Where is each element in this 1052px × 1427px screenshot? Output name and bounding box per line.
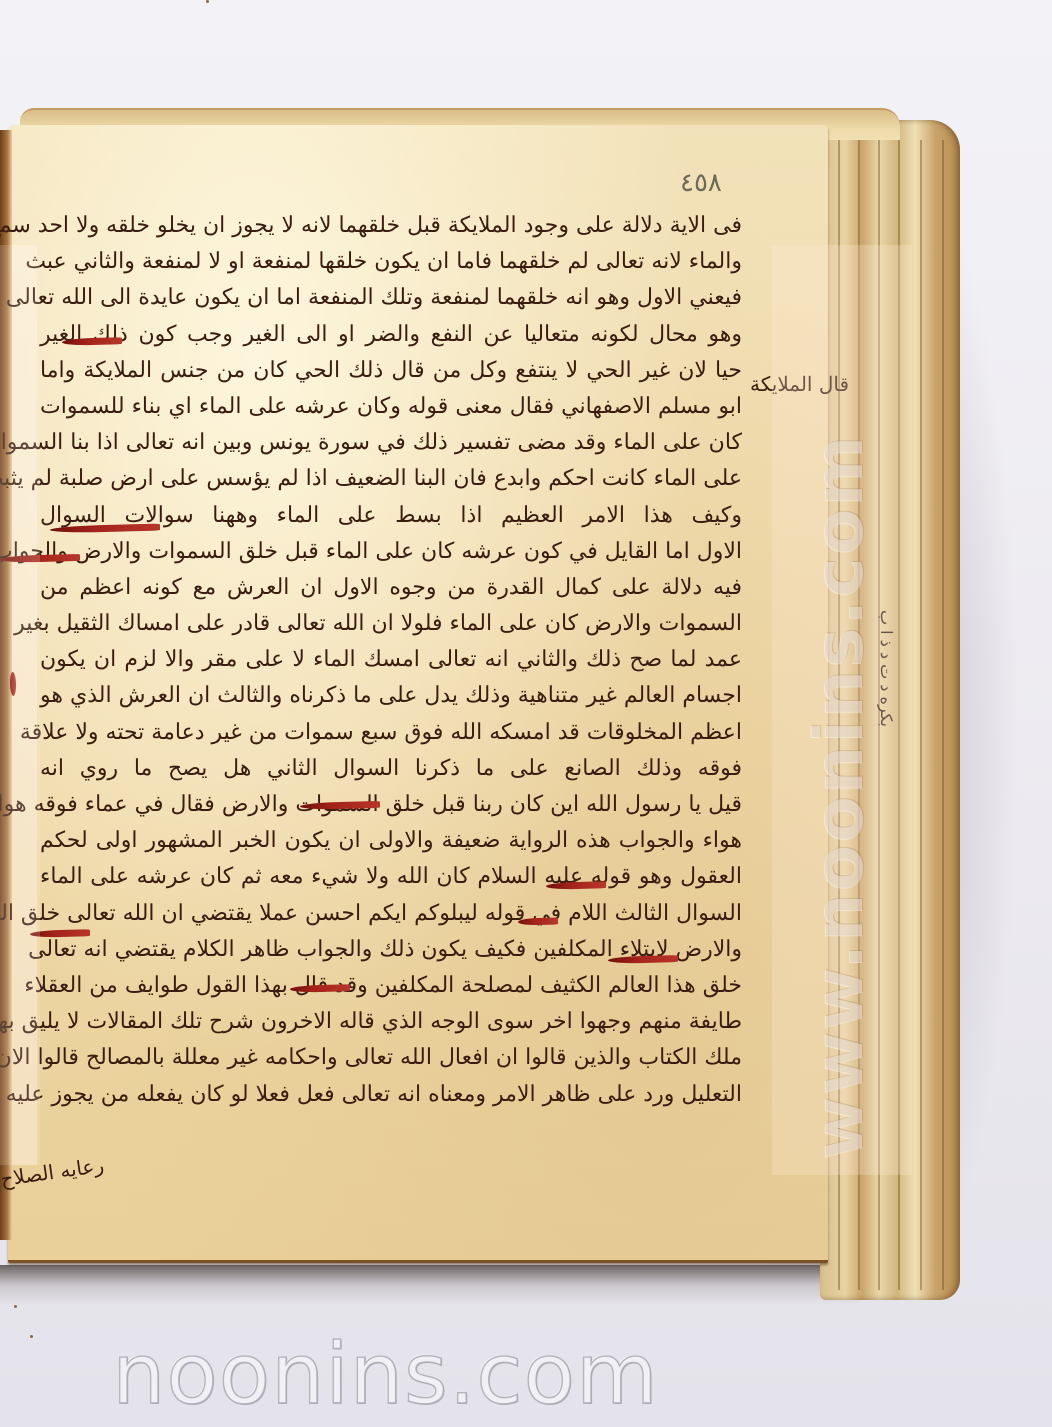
text-line: السموات والارض كان على الماء فلولا ان ال… (40, 606, 742, 642)
text-line: اعظم المخلوقات قد امسكه الله فوق سبع سمو… (40, 715, 742, 751)
text-line: قيل يا رسول الله اين كان ربنا قبل خلق ال… (40, 787, 742, 823)
text-line: العقول وهو قوله عليه السلام كان الله ولا… (40, 859, 742, 895)
text-line: فيعني الاول وهو انه خلقهما لمنفعة وتلك ا… (40, 280, 742, 316)
dust-speck (14, 1305, 17, 1308)
text-line: والماء لانه تعالى لم خلقهما فاما ان يكون… (40, 244, 742, 280)
text-line: حيا لان غير الحي لا ينتفع وكل من قال ذلك… (40, 353, 742, 389)
main-text-block: فى الاية دلالة على وجود الملايكة قبل خلق… (40, 208, 742, 1113)
text-line: عمد لما صح ذلك والثاني انه تعالى امسك ال… (40, 642, 742, 678)
text-line: وهو محال لكونه متعاليا عن النفع والضر او… (40, 317, 742, 353)
rubric-stroke (518, 917, 558, 925)
folio-number: ٤٥٨ (680, 168, 722, 198)
watermark-bottom-text: noonins.com (112, 1325, 659, 1423)
text-line: الاول اما القايل في كون عرشه كان على الم… (40, 534, 742, 570)
text-line: على الماء كانت احكم وابدع فان البنا الضع… (40, 461, 742, 497)
text-line: فوقه وذلك الصانع على ما ذكرنا السوال الث… (40, 751, 742, 787)
text-line: كان على الماء وقد مضى تفسير ذلك في سورة … (40, 425, 742, 461)
dust-speck (30, 1335, 33, 1338)
text-line: فيه دلالة على كمال القدرة من وجوه الاول … (40, 570, 742, 606)
text-line: فى الاية دلالة على وجود الملايكة قبل خلق… (40, 208, 742, 244)
text-line: ابو مسلم الاصفهاني فقال معنى قوله وكان ع… (40, 389, 742, 425)
book-shadow-bottom (0, 1265, 860, 1305)
text-line: التعليل ورد على ظاهر الامر ومعناه انه تع… (40, 1077, 742, 1113)
text-line: ملك الكتاب والذين قالوا ان افعال الله تع… (40, 1040, 742, 1076)
watermark-vertical-text: www.noonins.com (800, 434, 879, 1160)
text-line: طايفة منهم وجهوا اخر سوى الوجه الذي قاله… (40, 1004, 742, 1040)
text-line: اجسام العالم غير متناهية وذلك يدل على ما… (40, 678, 742, 714)
text-line: السوال الثالث اللام في قوله ليبلوكم ايكم… (40, 896, 742, 932)
text-line: هواء والجواب هذه الرواية ضعيفة والاولى ا… (40, 823, 742, 859)
watermark-band-left (0, 245, 40, 1165)
text-line: خلق هذا العالم الكثيف لمصلحة المكلفين وق… (40, 968, 742, 1004)
page-edge-line (942, 140, 944, 1290)
page-edge-line (920, 140, 922, 1290)
dust-speck (206, 0, 209, 3)
